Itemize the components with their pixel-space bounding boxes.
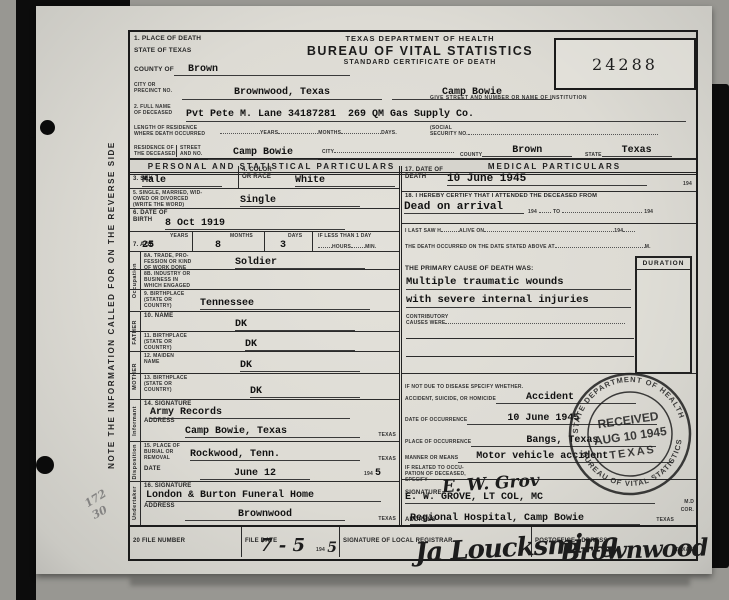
place-occurrence-label: PLACE OF OCCURRENCE [405,439,471,445]
mother-bp-value: DK [250,386,360,398]
received-stamp: STATE DEPARTMENT OF HEALTH BUREAU OF VIT… [555,359,704,508]
occupation-rail: Occupation [130,252,141,310]
disposition-rail: Disposition [130,442,141,482]
residence-row: RESIDENCE OF THE DECEASED STREET AND NO.… [130,144,696,158]
year-prefix: 194 [364,471,373,477]
certificate-paper: NOTE THE INFORMATION CALLED FOR ON THE R… [36,6,712,574]
min-label: MIN. [365,244,376,250]
father-name-value: DK [235,319,355,331]
birthplace-value: Tennessee [200,298,370,310]
file-year-digit: 5 [327,540,337,556]
field-marital: 5. SINGLE, MARRIED, WID- OWED OR DIVORCE… [130,189,399,209]
fullname-value: Pvt Pete M. Lane 34187281 269 QM Gas Sup… [186,109,474,120]
dept-title-3: STANDARD CERTIFICATE OF DEATH [290,59,550,67]
file-date-value: 7 - 5 [260,535,305,556]
field-age: 7. AGE YEARS 25 MONTHS 8 DAYS 3 IF LESS … [130,232,399,252]
cause-line-1: Multiple traumatic wounds [406,277,631,290]
age-days-value: 3 [280,240,286,251]
scan-smudge [130,578,690,586]
texas-suffix: TEXAS [656,517,674,523]
trade-value: Soldier [235,257,365,269]
informant-rail: Informant [130,400,141,442]
dept-title-2: BUREAU OF VITAL STATISTICS [290,44,550,58]
field-certify: 18. I HEREBY CERTIFY THAT I ATTENDED THE… [402,192,696,224]
manner-label: MANNER OR MEANS [405,455,458,461]
field-trade: 8A. TRADE, PRO- FESSION OR KIND OF WORK … [130,252,399,270]
age-months-label: MONTHS [230,233,253,239]
city2-label: CITY [322,149,334,155]
county2-label: COUNTY [460,152,482,158]
physician-address-value: Regional Hospital, Camp Bowie [410,513,640,525]
year-suffix: 194 [683,181,692,187]
reverse-side-note: NOTE THE INFORMATION CALLED FOR ON THE R… [105,135,119,475]
field-death-occurred-at: THE DEATH OCCURRED ON THE DATE STATED AB… [402,240,696,256]
hours-label: HOURS [332,244,351,250]
institution-hint: GIVE STREET AND NUMBER OR NAME OF INSTIT… [430,95,587,101]
field-burial-date: DATE June 12 194 5 [130,465,399,482]
full-name-row: 2. FULL NAME OF DECEASED Pvt Pete M. Lan… [130,102,696,122]
m-suffix: M. [645,244,651,250]
texas-suffix: TEXAS [378,516,396,522]
registration-number: 24288 [592,55,658,74]
state2-value: Texas [602,145,672,157]
file-number-label: 20 FILE NUMBER [133,538,185,544]
to-label: TO [553,209,560,215]
addr14-label: ADDRESS [144,418,396,425]
texas-suffix: TEXAS [378,456,396,462]
postoffice-script: Brownwood [560,532,708,566]
mother-rail: MOTHER [130,352,141,400]
color-race-value: White [295,175,395,187]
state-of-texas-label: STATE OF TEXAS [134,47,201,55]
field-father-birthplace: 11. BIRTHPLACE (STATE OR COUNTRY) DK [130,332,399,352]
addr16-value: Brownwood [185,509,345,521]
stamp-texas: TEXAS [609,444,657,462]
color-race-label: 4. COLOR [242,167,272,174]
street-value: Camp Bowie [233,147,293,158]
father-bp-value: DK [245,339,355,351]
age-years-value: 25 [142,240,154,251]
maiden-value: DK [240,360,360,372]
field-birthplace: 9. BIRTHPLACE (STATE OR COUNTRY) Tenness… [130,290,399,312]
occurred-label: THE DEATH OCCURRED ON THE DATE STATED AB… [405,244,555,250]
county2-value: Brown [482,145,572,157]
field-physician-address: ADDRESS Regional Hospital, Camp Bowie TE… [402,507,696,525]
if-less-label: IF LESS THAN 1 DAY [318,233,371,239]
father-rail: FATHER [130,312,141,352]
field-sex-color: 3. SEX Male 4. COLOR OR RACE White [130,166,399,189]
certify-value: Dead on arrival [404,201,524,214]
scan-left-edge [16,0,36,600]
date-death-value: 10 June 1945 [447,173,647,186]
burial-value: Rockwood, Tenn. [190,449,360,461]
field-informant-signature: 14. SIGNATURE Army Records [130,400,399,417]
county-label: COUNTY OF [134,66,174,74]
dob-label: 6. DATE OF [133,210,396,217]
burial-year-digit: 5 [375,468,381,479]
field-mother-birthplace: 13. BIRTHPLACE (STATE OR COUNTRY) DK [130,374,399,400]
city-value: Brownwood, Texas [234,87,330,98]
file-number-cell: 20 FILE NUMBER [130,527,242,557]
cause-line-2: with severe internal injuries [406,295,631,308]
if-not-due-label: IF NOT DUE TO DISEASE SPECIFY WHETHER. [405,380,523,390]
md-suffix: M.D [684,499,694,505]
date-occurrence-label: DATE OF OCCURRENCE [405,417,467,423]
certify-label: 18. I HEREBY CERTIFY THAT I ATTENDED THE… [405,193,693,200]
cor-suffix: COR. [681,507,694,513]
punch-hole [36,456,54,474]
state2-label: STATE [585,152,602,158]
form-header-row: 1. PLACE OF DEATH STATE OF TEXAS COUNTY … [130,32,696,80]
sig16-value: London & Burton Funeral Home [146,490,381,502]
field-dob: 6. DATE OF BIRTH 8 Oct 1919 [130,209,399,232]
primary-cause-label: THE PRIMARY CAUSE OF DEATH WAS: [405,265,534,272]
field-informant-address: ADDRESS Camp Bowie, Texas TEXAS [130,417,399,442]
field-undertaker-signature: 16. SIGNATURE London & Burton Funeral Ho… [130,482,399,502]
field-industry: 8B. INDUSTRY OR BUSINESS IN WHICH ENGAGE… [130,270,399,290]
file-row: 20 FILE NUMBER FILE DATE 7 - 5 194 5 SIG… [130,525,696,557]
dob-value: 8 Oct 1919 [165,218,345,230]
field-undertaker-address: ADDRESS Brownwood TEXAS [130,502,399,525]
duration-box: DURATION [635,256,692,374]
last-saw-label: I LAST SAW H [405,228,441,234]
cause-area: Multiple traumatic wounds with severe in… [402,272,696,374]
years-label: YEARS [260,130,278,136]
days-label: DAYS. [381,130,397,136]
field-date-of-death: 17. DATE OF DEATH 10 June 1945 194 [402,166,696,192]
addr14-value: Camp Bowie, Texas [185,426,360,438]
duration-label: DURATION [637,258,690,270]
field-father-name: 10. NAME DK [130,312,399,332]
dept-title-1: TEXAS DEPARTMENT OF HEALTH [290,34,550,43]
texas-suffix: TEXAS [378,432,396,438]
field-burial-place: 15. PLACE OF BURIAL OR REMOVAL Rockwood,… [130,442,399,465]
registration-number-box: 24288 [554,38,696,90]
age-months-value: 8 [215,240,221,251]
accident-label: ACCIDENT, SUICIDE, OR HOMICIDE [405,396,496,402]
alive-on-label: ALIVE ON [459,228,484,234]
marital-value: Single [240,195,360,207]
age-years-label: YEARS [170,233,188,239]
personal-column: 3. SEX Male 4. COLOR OR RACE White 5. SI… [130,166,402,525]
field-maiden-name: 12. MAIDEN NAME DK [130,352,399,374]
age-days-label: DAYS [288,233,302,239]
months-label: MONTHS [318,130,341,136]
field-last-saw: I LAST SAW H ALIVE ON 194 [402,224,696,240]
sex-value: Male [142,175,222,187]
burial-date-value: June 12 [200,468,310,480]
scanned-death-certificate: NOTE THE INFORMATION CALLED FOR ON THE R… [0,0,729,600]
undertaker-rail: Undertaker [130,482,141,525]
punch-hole [40,120,55,135]
place-of-death-label: 1. PLACE OF DEATH [134,35,201,43]
file-date-cell: FILE DATE 7 - 5 194 5 [242,527,340,557]
